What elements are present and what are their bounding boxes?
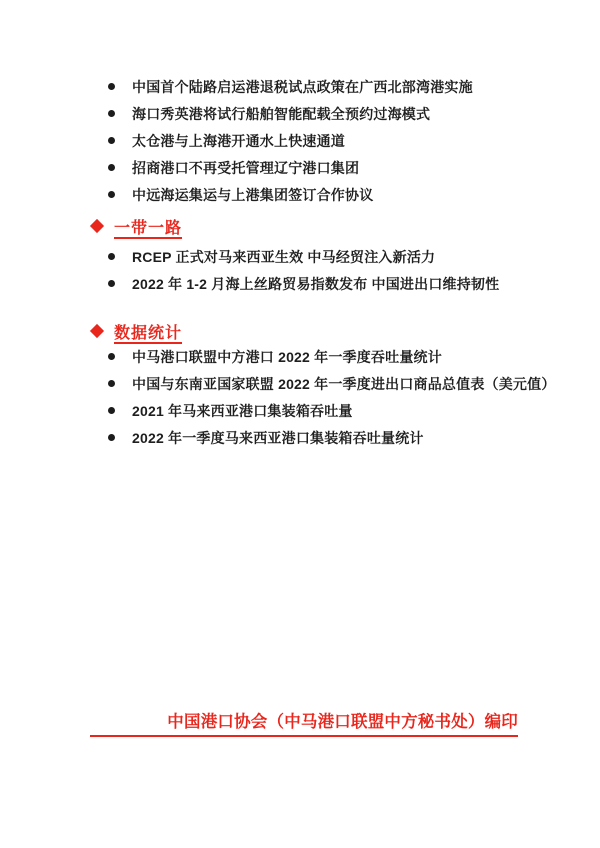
list-item: 中马港口联盟中方港口 2022 年一季度吞吐量统计 — [0, 343, 600, 370]
list-item-text: RCEP 正式对马来西亚生效 中马经贸注入新活力 — [132, 247, 435, 267]
bullet-icon — [108, 83, 115, 90]
bullet-icon — [108, 353, 115, 360]
diamond-icon — [90, 219, 104, 233]
section-header-data-statistics: 数据统计 — [0, 319, 600, 343]
bullet-icon — [108, 164, 115, 171]
data-statistics-list: 中马港口联盟中方港口 2022 年一季度吞吐量统计 中国与东南亚国家联盟 202… — [0, 343, 600, 451]
list-item: 太仓港与上海港开通水上快速通道 — [0, 127, 600, 154]
list-item-text: 中国首个陆路启运港退税试点政策在广西北部湾港实施 — [132, 77, 473, 97]
bullet-icon — [108, 407, 115, 414]
list-item: RCEP 正式对马来西亚生效 中马经贸注入新活力 — [0, 243, 600, 270]
footer-imprint: 中国港口协会（中马港口联盟中方秘书处）编印 — [90, 711, 518, 737]
list-item-text: 海口秀英港将试行船舶智能配载全预约过海模式 — [132, 104, 430, 124]
section-header-belt-and-road: 一带一路 — [0, 214, 600, 238]
belt-and-road-list: RCEP 正式对马来西亚生效 中马经贸注入新活力 2022 年 1-2 月海上丝… — [0, 243, 600, 297]
bullet-icon — [108, 253, 115, 260]
bullet-icon — [108, 137, 115, 144]
list-item: 海口秀英港将试行船舶智能配载全预约过海模式 — [0, 100, 600, 127]
document-page: 中国首个陆路启运港退税试点政策在广西北部湾港实施 海口秀英港将试行船舶智能配载全… — [0, 0, 600, 848]
section-title: 数据统计 — [114, 320, 182, 343]
list-item-text: 2022 年一季度马来西亚港口集装箱吞吐量统计 — [132, 428, 424, 448]
bullet-icon — [108, 191, 115, 198]
toc-content: 中国首个陆路启运港退税试点政策在广西北部湾港实施 海口秀英港将试行船舶智能配载全… — [0, 73, 600, 451]
list-item-text: 招商港口不再受托管理辽宁港口集团 — [132, 158, 359, 178]
bullet-icon — [108, 110, 115, 117]
list-item: 2021 年马来西亚港口集装箱吞吐量 — [0, 397, 600, 424]
list-item: 中国首个陆路启运港退税试点政策在广西北部湾港实施 — [0, 73, 600, 100]
list-item-text: 2022 年 1-2 月海上丝路贸易指数发布 中国进出口维持韧性 — [132, 274, 499, 294]
section-title: 一带一路 — [114, 215, 182, 238]
list-item: 招商港口不再受托管理辽宁港口集团 — [0, 154, 600, 181]
list-item: 中国与东南亚国家联盟 2022 年一季度进出口商品总值表（美元值） — [0, 370, 600, 397]
bullet-icon — [108, 280, 115, 287]
list-item: 2022 年 1-2 月海上丝路贸易指数发布 中国进出口维持韧性 — [0, 270, 600, 297]
list-item-text: 中远海运集运与上港集团签订合作协议 — [132, 185, 373, 205]
diamond-icon — [90, 324, 104, 338]
bullet-icon — [108, 380, 115, 387]
list-item-text: 中国与东南亚国家联盟 2022 年一季度进出口商品总值表（美元值） — [132, 374, 556, 394]
list-item-text: 太仓港与上海港开通水上快速通道 — [132, 131, 345, 151]
bullet-icon — [108, 434, 115, 441]
list-item-text: 2021 年马来西亚港口集装箱吞吐量 — [132, 401, 353, 421]
news-bullet-list: 中国首个陆路启运港退税试点政策在广西北部湾港实施 海口秀英港将试行船舶智能配载全… — [0, 73, 600, 208]
list-item-text: 中马港口联盟中方港口 2022 年一季度吞吐量统计 — [132, 347, 442, 367]
list-item: 2022 年一季度马来西亚港口集装箱吞吐量统计 — [0, 424, 600, 451]
list-item: 中远海运集运与上港集团签订合作协议 — [0, 181, 600, 208]
